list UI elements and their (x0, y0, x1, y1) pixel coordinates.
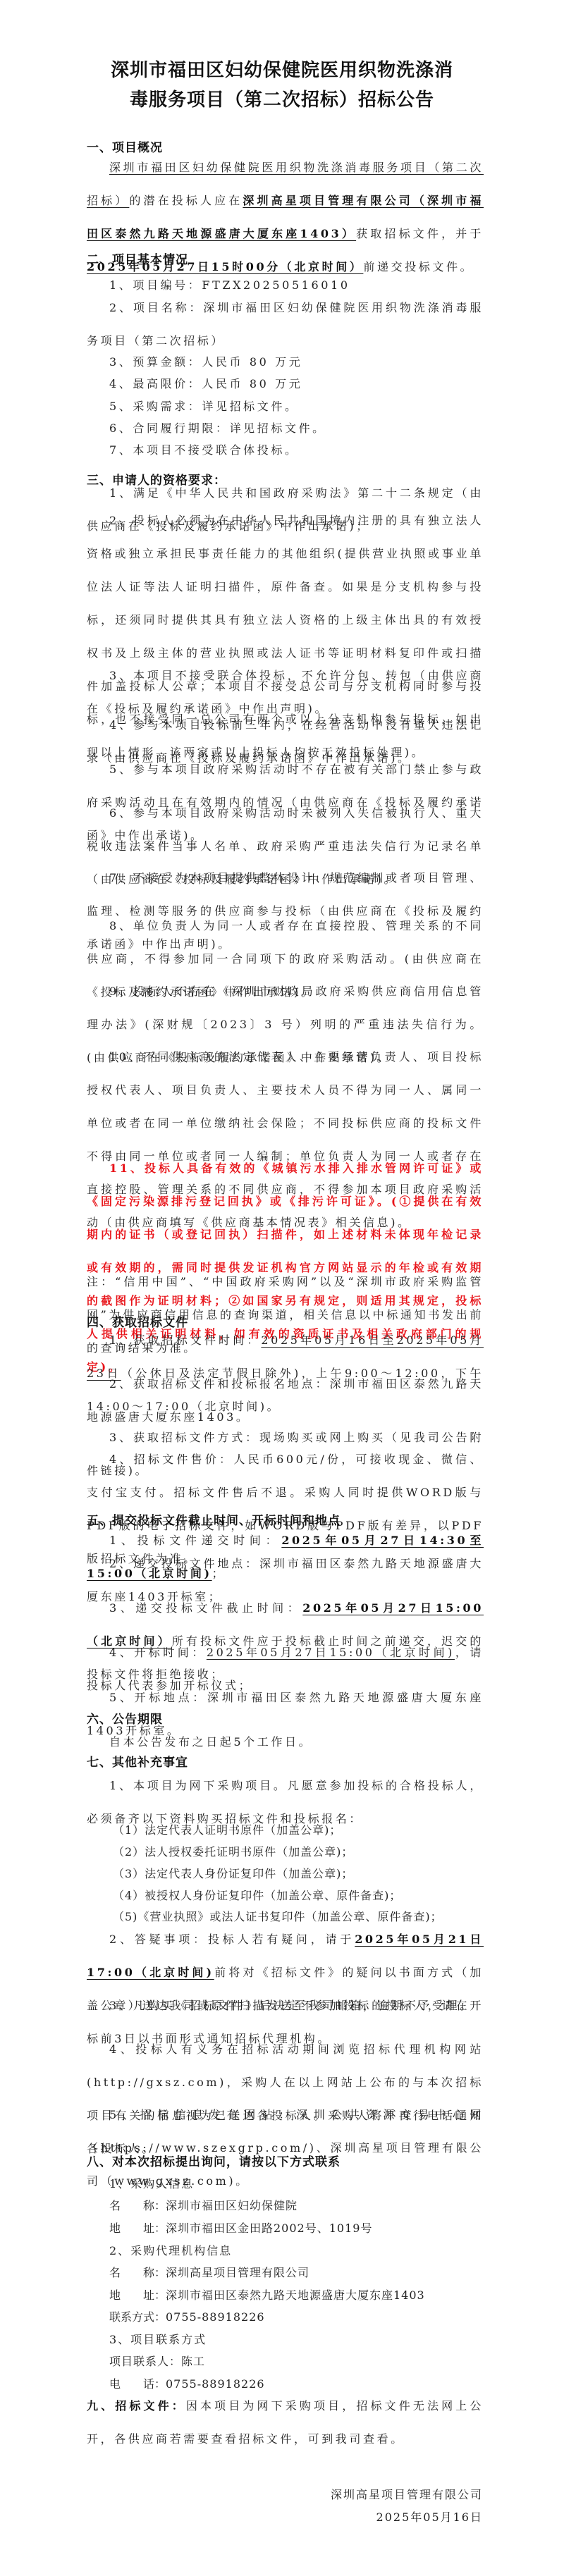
section-heading-contacts: 八、对本次招标提出询问，请按以下方式联系 (87, 2152, 341, 2169)
section-heading-basic-info: 二、项目基本情况 (87, 249, 188, 267)
required-doc-1: （1）法定代表人证明书原件（加盖公章)； (113, 1821, 341, 1837)
submission-time-label: 1、投标文件递交时间： (109, 1534, 281, 1547)
required-doc-5: （5)《营业执照》或法人证书复印件（加盖公章、原件备查)； (113, 1908, 443, 1924)
agency-address-row: 地 址：深圳市福田区泰然九路天地源盛唐大厦东座1403 (109, 2286, 425, 2303)
section-heading-supplementary: 七、其他补充事宜 (87, 1752, 188, 1770)
agency-contact-row: 联系方式：0755-88918226 (109, 2308, 265, 2324)
obtain-time-label: 1、获取招标文件时间： (109, 1333, 261, 1347)
section-heading-tender-docs: 九、招标文件： (87, 2399, 186, 2412)
required-doc-4: （4）被授权人身份证复印件（加盖公章、原件备查)； (113, 1887, 401, 1903)
signature-date: 2025年05月16日 (376, 2508, 483, 2525)
overview-text-2: 获取招标文件，并于 (356, 227, 484, 240)
purchaser-name-label: 名 称： (109, 2197, 166, 2213)
purchaser-address-value: 深圳市福田区金田路2002号、1019号 (166, 2221, 372, 2235)
opening-time-label: 4、开标时间： (109, 1646, 207, 1659)
project-person-value: 陈工 (181, 2355, 205, 2368)
qa-label: 2、答疑事项：投标人若有疑问，请于 (109, 1933, 355, 1946)
project-person-row: 项目联系人：陈工 (109, 2353, 205, 2369)
announcement-page: 深圳市福田区妇幼保健院医用织物洗涤消 毒服务项目（第二次招标）招标公告 一、项目… (0, 0, 564, 2576)
basic-info-item-7: 7、本项目不接受联合体投标。 (87, 433, 484, 467)
tender-docs-paragraph: 九、招标文件：因本项目为网下采购项目，招标文件无法网上公开，各供应商若需要查看招… (87, 2389, 484, 2455)
agency-info-title: 2、采购代理机构信息 (109, 2242, 232, 2258)
agency-name-value: 深圳高星项目管理有限公司 (166, 2266, 309, 2279)
deadline-label: 3、递交投标文件截止时间： (109, 1601, 302, 1615)
agency-address-label: 地 址： (109, 2286, 166, 2303)
page-title-line1: 深圳市福田区妇幼保健院医用织物洗涤消 (0, 55, 564, 86)
overview-text-1: 的潜在投标人应在 (129, 194, 243, 207)
opening-time-value: 2025年05月27日15:00（北京时间) (207, 1646, 455, 1659)
signature-org: 深圳高星项目管理有限公司 (331, 2486, 483, 2502)
required-doc-2: （2）法人授权委托证明书原件（加盖公章)； (113, 1843, 353, 1859)
purchaser-info-title: 1、采购人信息 (109, 2175, 194, 2191)
purchaser-name-row: 名 称：深圳市福田区妇幼保健院 (109, 2197, 298, 2213)
page-title-line2: 毒服务项目（第二次招标）招标公告 (0, 85, 564, 116)
agency-address-value: 深圳市福田区泰然九路天地源盛唐大厦东座1403 (166, 2288, 425, 2302)
required-doc-3: （3）法定代表人身份证复印件（加盖公章)； (113, 1865, 353, 1881)
agency-contact-label: 联系方式： (109, 2308, 166, 2324)
section-heading-notice-period: 六、公告期限 (87, 1709, 163, 1727)
agency-name-label: 名 称： (109, 2264, 166, 2280)
agency-phone: 0755-88918226 (166, 2310, 265, 2324)
purchaser-address-row: 地 址：深圳市福田区金田路2002号、1019号 (109, 2219, 372, 2236)
purchaser-name-value: 深圳市福田区妇幼保健院 (166, 2199, 298, 2212)
agency-name-row: 名 称：深圳高星项目管理有限公司 (109, 2264, 309, 2280)
purchaser-address-label: 地 址： (109, 2219, 166, 2236)
project-person-label: 项目联系人： (109, 2353, 181, 2369)
project-contact-title: 3、项目联系方式 (109, 2331, 207, 2347)
